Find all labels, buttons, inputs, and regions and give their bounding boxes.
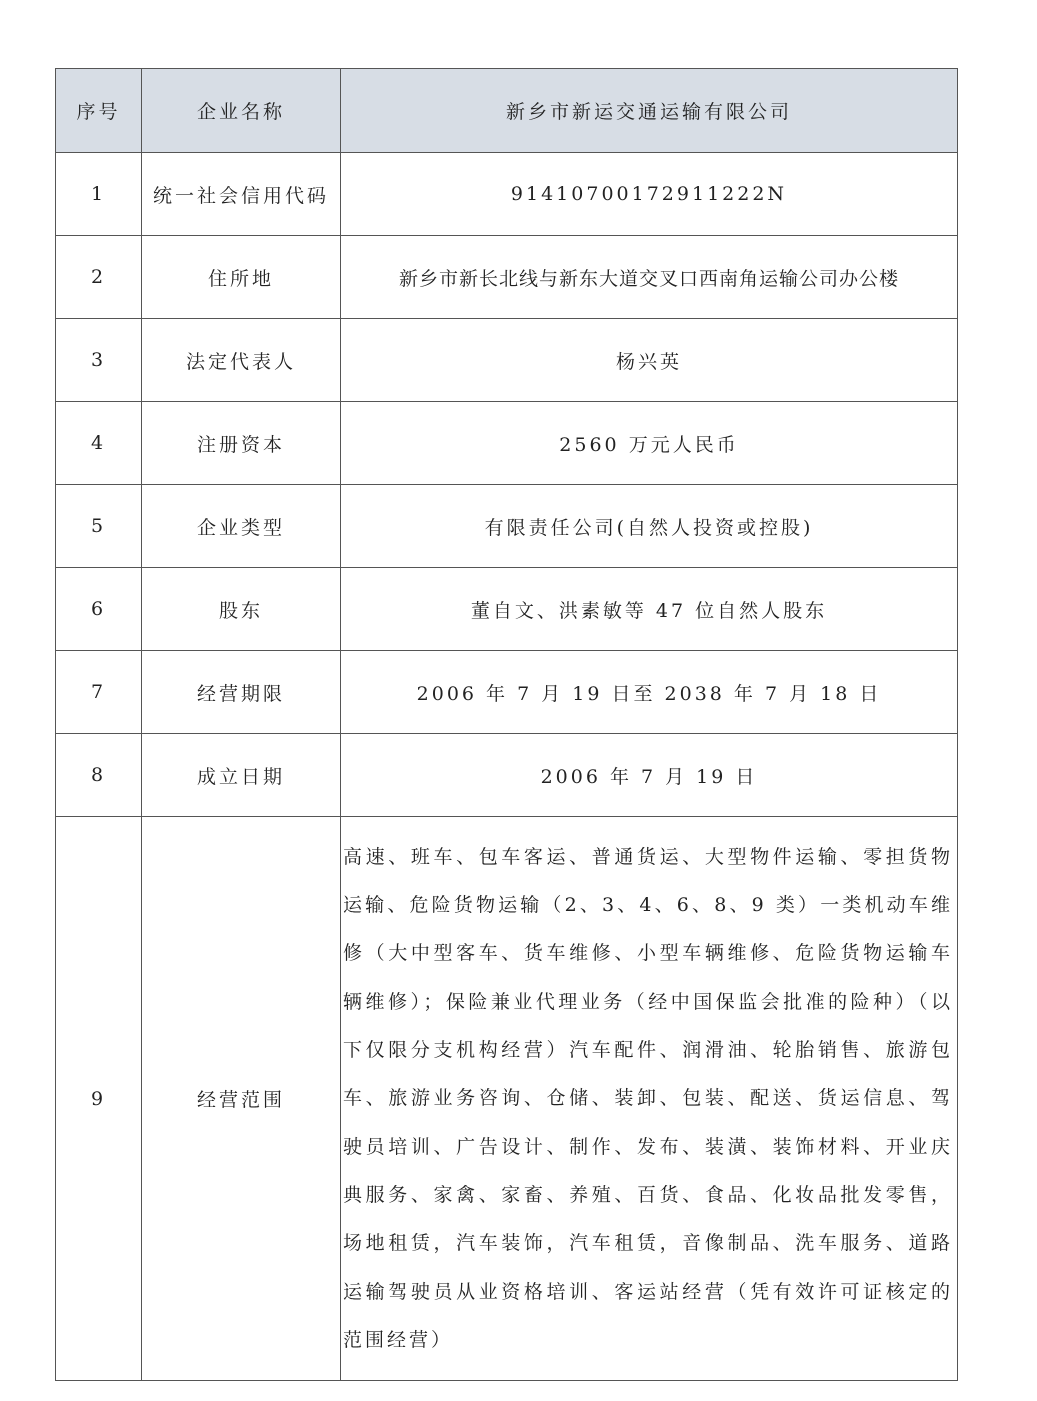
row-value: 董自文、洪素敏等 47 位自然人股东 <box>341 568 958 651</box>
row-index: 6 <box>56 568 142 651</box>
row-index: 5 <box>56 485 142 568</box>
row-label: 经营期限 <box>142 651 341 734</box>
row-label: 统一社会信用代码 <box>142 153 341 236</box>
table-row: 2 住所地 新乡市新长北线与新东大道交叉口西南角运输公司办公楼 <box>56 236 958 319</box>
row-label: 住所地 <box>142 236 341 319</box>
table-row: 6 股东 董自文、洪素敏等 47 位自然人股东 <box>56 568 958 651</box>
row-index: 7 <box>56 651 142 734</box>
header-company-label: 企业名称 <box>142 69 341 153</box>
row-index: 9 <box>56 817 142 1381</box>
table-row: 3 法定代表人 杨兴英 <box>56 319 958 402</box>
row-label: 经营范围 <box>142 817 341 1381</box>
table-header-row: 序号 企业名称 新乡市新运交通运输有限公司 <box>56 69 958 153</box>
row-value: 2006 年 7 月 19 日至 2038 年 7 月 18 日 <box>341 651 958 734</box>
row-value: 新乡市新长北线与新东大道交叉口西南角运输公司办公楼 <box>341 236 958 319</box>
table-row: 5 企业类型 有限责任公司(自然人投资或控股) <box>56 485 958 568</box>
table-row: 7 经营期限 2006 年 7 月 19 日至 2038 年 7 月 18 日 <box>56 651 958 734</box>
row-value: 91410700172911222N <box>341 153 958 236</box>
table-row: 4 注册资本 2560 万元人民币 <box>56 402 958 485</box>
row-label: 企业类型 <box>142 485 341 568</box>
header-company-name: 新乡市新运交通运输有限公司 <box>341 69 958 153</box>
row-index: 4 <box>56 402 142 485</box>
row-label: 法定代表人 <box>142 319 341 402</box>
business-scope-value: 高速、班车、包车客运、普通货运、大型物件运输、零担货物运输、危险货物运输（2、3… <box>341 817 958 1381</box>
row-index: 2 <box>56 236 142 319</box>
table-row: 1 统一社会信用代码 91410700172911222N <box>56 153 958 236</box>
company-info-table: 序号 企业名称 新乡市新运交通运输有限公司 1 统一社会信用代码 9141070… <box>55 68 958 1381</box>
header-index: 序号 <box>56 69 142 153</box>
row-label: 成立日期 <box>142 734 341 817</box>
row-index: 3 <box>56 319 142 402</box>
row-value: 2560 万元人民币 <box>341 402 958 485</box>
row-index: 1 <box>56 153 142 236</box>
table-row: 8 成立日期 2006 年 7 月 19 日 <box>56 734 958 817</box>
row-value: 杨兴英 <box>341 319 958 402</box>
row-value: 2006 年 7 月 19 日 <box>341 734 958 817</box>
table-row: 9 经营范围 高速、班车、包车客运、普通货运、大型物件运输、零担货物运输、危险货… <box>56 817 958 1381</box>
row-label: 注册资本 <box>142 402 341 485</box>
row-label: 股东 <box>142 568 341 651</box>
row-index: 8 <box>56 734 142 817</box>
row-value: 有限责任公司(自然人投资或控股) <box>341 485 958 568</box>
